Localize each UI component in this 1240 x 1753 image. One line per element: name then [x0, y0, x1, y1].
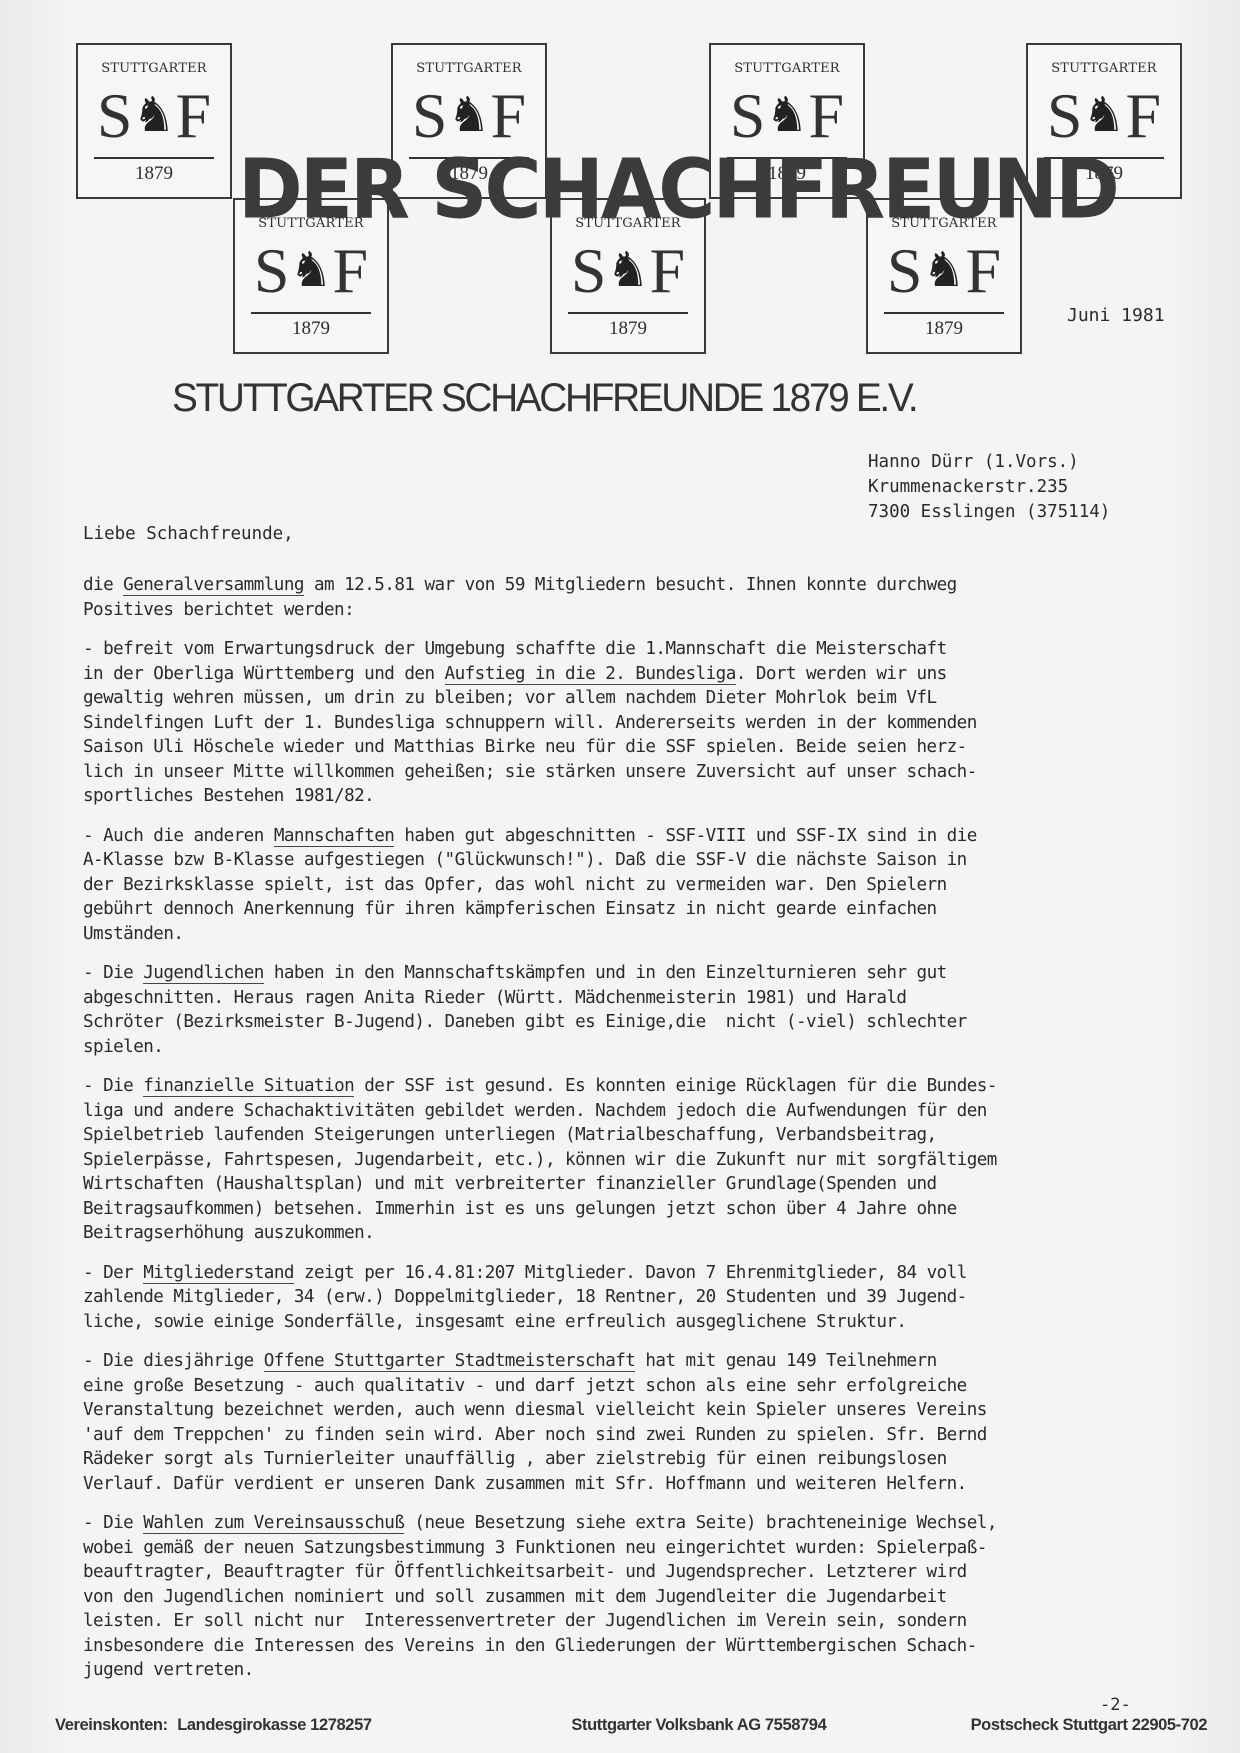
greeting: Liebe Schachfreunde,: [83, 524, 294, 544]
logo-letter-s: S: [412, 80, 448, 151]
logo-letter-s: S: [1047, 80, 1083, 151]
paragraph: - Auch die anderen Mannschaften haben gu…: [83, 824, 1183, 947]
chess-knight-icon: ♞: [606, 242, 649, 298]
chess-knight-icon: ♞: [765, 87, 808, 143]
logo-rule: [884, 312, 1004, 314]
logo-letter-s: S: [571, 235, 607, 306]
logo-monogram: S♞F: [711, 85, 863, 146]
bank-accounts-footer: Vereinskonten: Landesgirokasse 1278257 S…: [55, 1716, 1207, 1735]
logo-year: 1879: [78, 163, 230, 185]
page-number: -2-: [1100, 1695, 1131, 1715]
logo-monogram: S♞F: [78, 85, 230, 146]
address-street: Krummenackerstr.235: [868, 475, 1110, 500]
logo-monogram: S♞F: [393, 85, 545, 146]
underlined-keyword: finanzielle Situation: [143, 1076, 354, 1097]
chess-knight-icon: ♞: [922, 242, 965, 298]
logo-letter-f: F: [1126, 80, 1162, 151]
logo-letter-s: S: [887, 235, 923, 306]
chess-knight-icon: ♞: [1082, 87, 1125, 143]
logo-monogram: S♞F: [868, 240, 1020, 301]
underlined-keyword: Generalversammlung: [123, 575, 304, 596]
letter-body: die Generalversammlung am 12.5.81 war vo…: [83, 573, 1183, 1698]
address-name: Hanno Dürr (1.Vors.): [868, 450, 1110, 475]
logo-letter-f: F: [176, 80, 212, 151]
logo-letter-s: S: [97, 80, 133, 151]
underlined-keyword: Aufstieg in die 2. Bundesliga: [445, 664, 736, 685]
logo-monogram: S♞F: [235, 240, 387, 301]
logo-monogram: S♞F: [1028, 85, 1180, 146]
logo-city: STUTTGARTER: [711, 61, 863, 76]
logo-year: 1879: [235, 318, 387, 340]
logo-letter-f: F: [333, 235, 369, 306]
footer-account: Stuttgarter Volksbank AG 7558794: [571, 1716, 966, 1735]
paragraph: die Generalversammlung am 12.5.81 war vo…: [83, 573, 1183, 622]
newsletter-page: STUTTGARTERS♞F1879STUTTGARTERS♞F1879STUT…: [0, 0, 1240, 1753]
logo-letter-f: F: [491, 80, 527, 151]
logo-rule: [94, 157, 214, 159]
chess-knight-icon: ♞: [289, 242, 332, 298]
underlined-keyword: Mitgliederstand: [143, 1263, 294, 1284]
sender-address: Hanno Dürr (1.Vors.) Krummenackerstr.235…: [868, 450, 1110, 525]
logo-year: 1879: [552, 318, 704, 340]
logo-letter-s: S: [730, 80, 766, 151]
paragraph: - Die finanzielle Situation der SSF ist …: [83, 1074, 1183, 1246]
logo-letter-f: F: [650, 235, 686, 306]
underlined-keyword: Wahlen zum Vereinsausschuß: [143, 1513, 404, 1534]
logo-city: STUTTGARTER: [1028, 61, 1180, 76]
logo-year: 1879: [868, 318, 1020, 340]
paragraph: - Der Mitgliederstand zeigt per 16.4.81:…: [83, 1261, 1183, 1335]
issue-date: Juni 1981: [1067, 305, 1165, 326]
paragraph: - Die diesjährige Offene Stuttgarter Sta…: [83, 1349, 1183, 1496]
address-city: 7300 Esslingen (375114): [868, 500, 1110, 525]
underlined-keyword: Offene Stuttgarter Stadtmeisterschaft: [264, 1351, 636, 1372]
logo-city: STUTTGARTER: [78, 61, 230, 76]
paragraph: - Die Wahlen zum Vereinsausschuß (neue B…: [83, 1511, 1183, 1683]
logo-rule: [568, 312, 688, 314]
logo-rule: [251, 312, 371, 314]
paragraph: - Die Jugendlichen haben in den Mannscha…: [83, 961, 1183, 1059]
logo-monogram: S♞F: [552, 240, 704, 301]
footer-label: Vereinskonten:: [55, 1716, 173, 1735]
logo-letter-s: S: [254, 235, 290, 306]
organization-name: STUTTGARTER SCHACHFREUNDE 1879 E.V.: [172, 376, 1050, 421]
masthead-title: DER SCHACHFREUND: [238, 148, 1028, 232]
underlined-keyword: Jugendlichen: [143, 963, 264, 984]
logo-letter-f: F: [809, 80, 845, 151]
footer-account: Landesgirokasse 1278257: [177, 1716, 567, 1735]
logo-city: STUTTGARTER: [393, 61, 545, 76]
underlined-keyword: Mannschaften: [274, 826, 395, 847]
club-logo: STUTTGARTERS♞F1879: [76, 43, 232, 199]
paragraph: - befreit vom Erwartungsdruck der Umgebu…: [83, 637, 1183, 809]
chess-knight-icon: ♞: [447, 87, 490, 143]
chess-knight-icon: ♞: [132, 87, 175, 143]
logo-letter-f: F: [966, 235, 1002, 306]
footer-account: Postscheck Stuttgart 22905-702: [971, 1716, 1208, 1735]
